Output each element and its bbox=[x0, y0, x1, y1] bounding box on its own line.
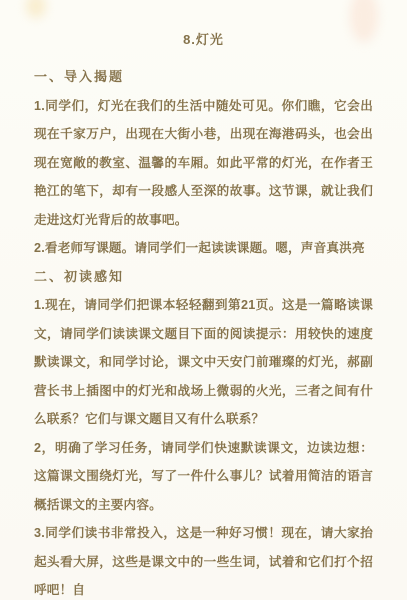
section-introduction: 一、导入揭题 1.同学们，灯光在我们的生活中随处可见。你们瞧，它会出现在千家万户… bbox=[34, 63, 373, 263]
lesson-plan-page: 8.灯光 一、导入揭题 1.同学们，灯光在我们的生活中随处可见。你们瞧，它会出现… bbox=[0, 0, 407, 600]
section-first-reading: 二、初读感知 1.现在，请同学们把课本轻轻翻到第21页。这是一篇略读课文，请同学… bbox=[34, 263, 373, 600]
paragraph: 2.看老师写课题。请同学们一起读读课题。嗯，声音真洪亮 bbox=[34, 234, 373, 263]
section-introduction-heading: 一、导入揭题 bbox=[34, 63, 373, 92]
paragraph: 2，明确了学习任务，请同学们快速默读课文，边读边想：这篇课文围绕灯光，写了一件什… bbox=[34, 434, 373, 520]
pink-smudge-top-left bbox=[26, 0, 46, 18]
section-first-reading-heading: 二、初读感知 bbox=[34, 263, 373, 292]
page-title: 8.灯光 bbox=[34, 26, 373, 54]
paragraph: 1.现在，请同学们把课本轻轻翻到第21页。这是一篇略读课文，请同学们读读课文题目… bbox=[34, 291, 373, 434]
paragraph: 3.同学们读书非常投入，这是一种好习惯！现在，请大家抬起头看大屏，这些是课文中的… bbox=[34, 519, 373, 600]
paragraph: 1.同学们，灯光在我们的生活中随处可见。你们瞧，它会出现在千家万户，出现在大街小… bbox=[34, 92, 373, 235]
